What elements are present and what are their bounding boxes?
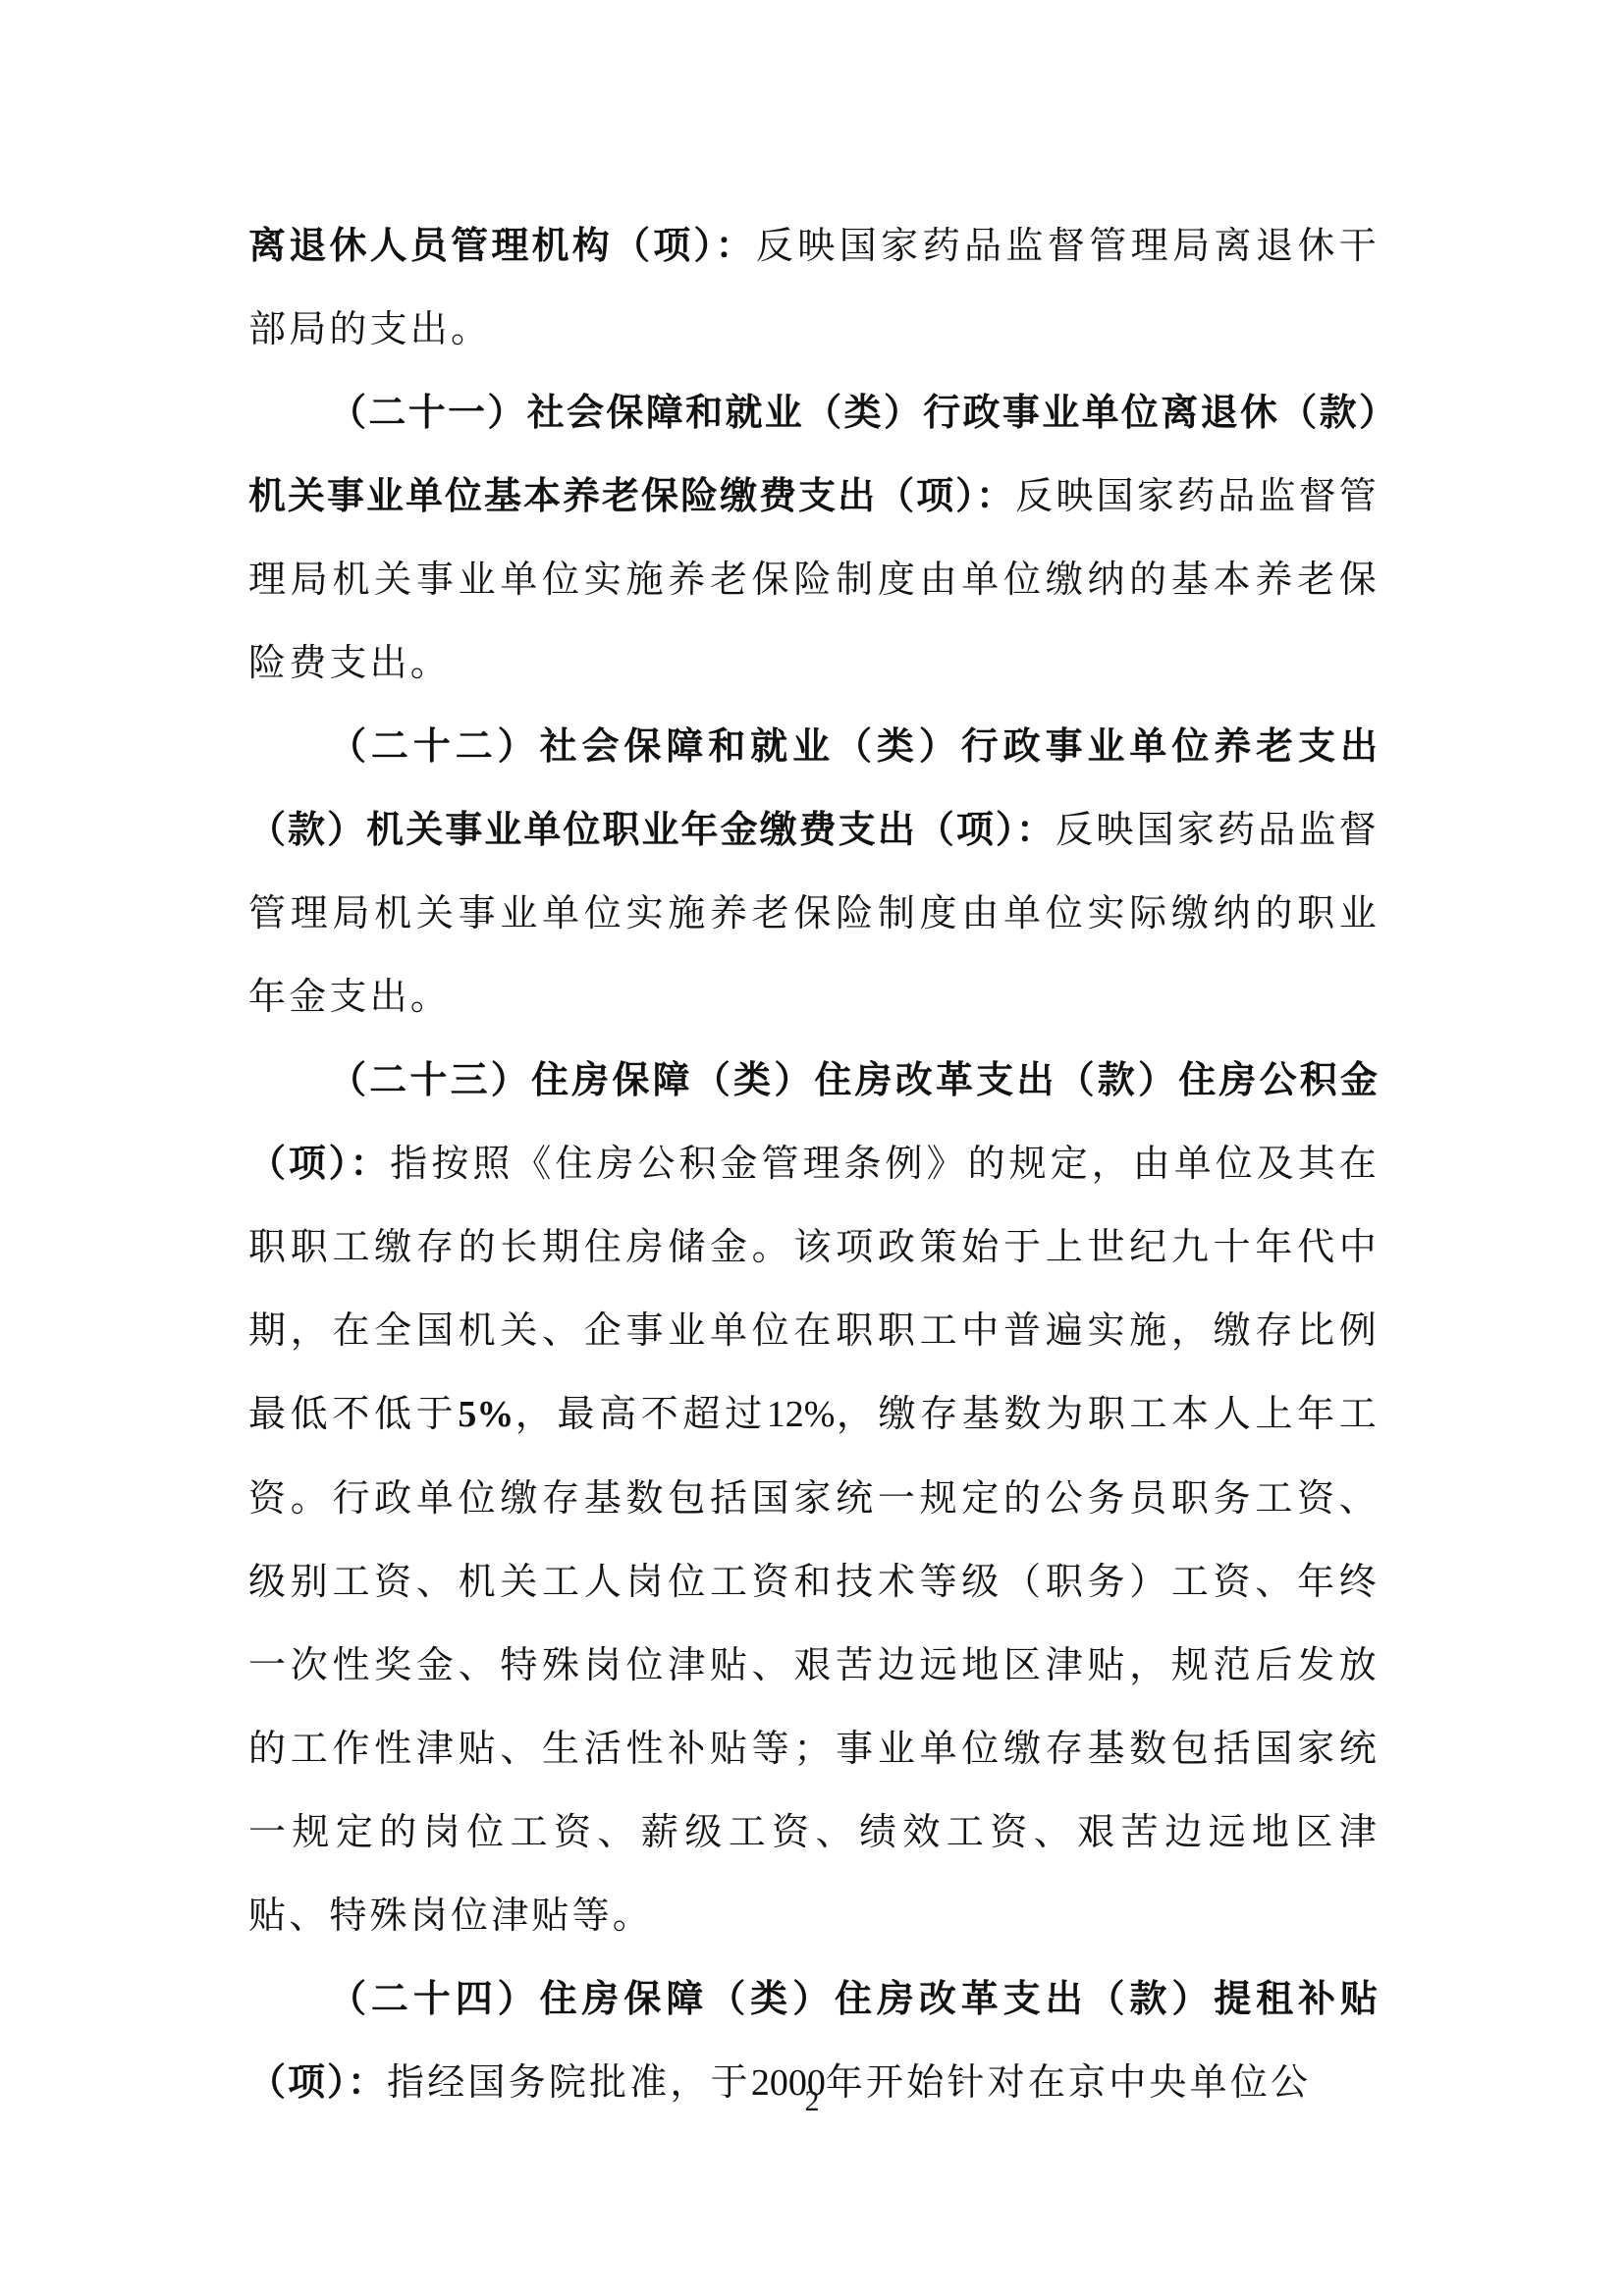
paragraph-retiree-management-continuation: 离退休人员管理机构（项）：反映国家药品监督管理局离退休干部局的支出。 xyxy=(248,204,1380,371)
paragraph-item-21: （二十一）社会保障和就业（类）行政事业单位离退休（款）机关事业单位基本养老保险缴… xyxy=(248,371,1380,705)
paragraph-item-22: （二十二）社会保障和就业（类）行政事业单位养老支出（款）机关事业单位职业年金缴费… xyxy=(248,705,1380,1039)
min-contribution-rate: 5% xyxy=(458,1394,514,1435)
item-description-part-b: ，最高不超过 xyxy=(514,1392,766,1435)
page-number: 2 xyxy=(0,2085,1624,2118)
paragraph-item-23: （二十三）住房保障（类）住房改革支出（款）住房公积金（项）：指按照《住房公积金管… xyxy=(248,1039,1380,1957)
max-contribution-rate: 12% xyxy=(767,1394,836,1435)
document-page: 离退休人员管理机构（项）：反映国家药品监督管理局离退休干部局的支出。 （二十一）… xyxy=(248,204,1380,2125)
item-description-part-c: ，缴存基数为职工本人上年工资。行政单位缴存基数包括国家统一规定的公务员职务工资、… xyxy=(248,1392,1380,1937)
item-heading: 离退休人员管理机构（项）： xyxy=(248,224,756,267)
